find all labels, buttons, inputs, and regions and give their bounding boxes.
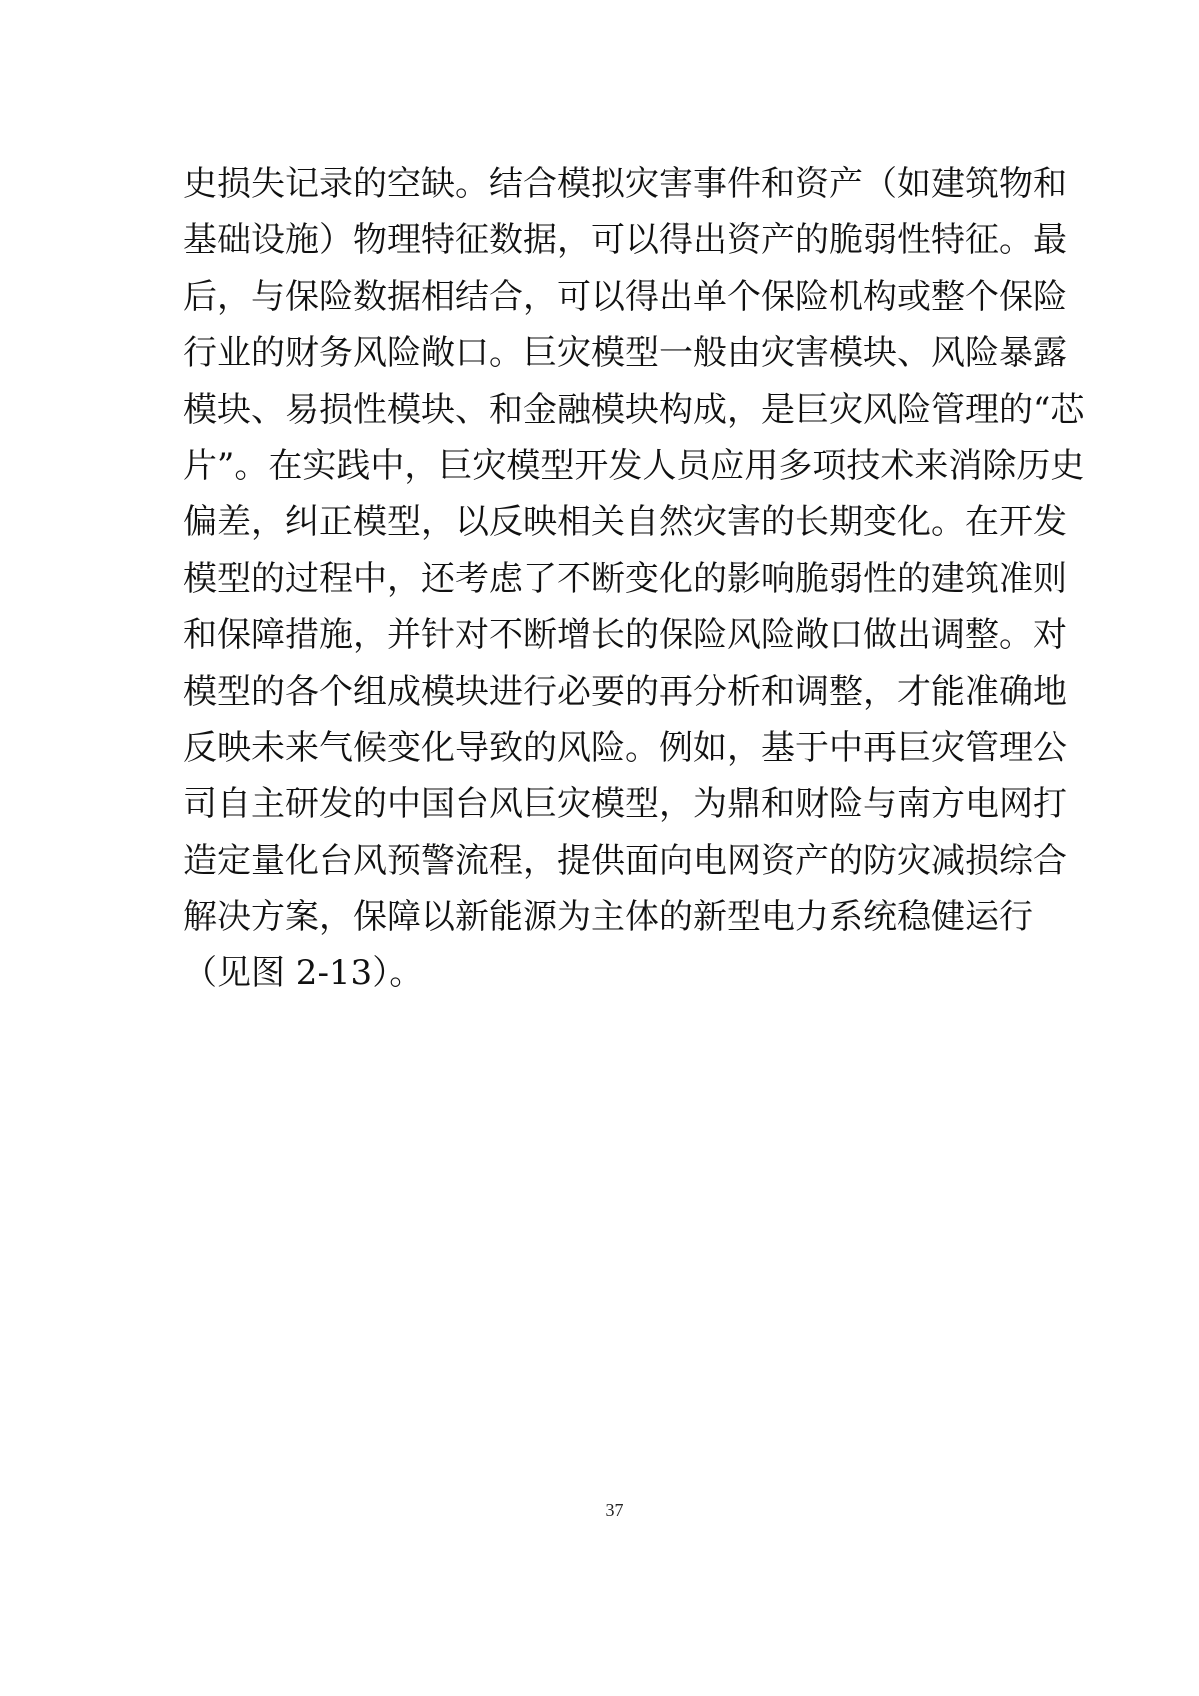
paragraph-char: 模 (591, 382, 625, 438)
paragraph-char: 应 (710, 438, 744, 494)
paragraph-char: 构 (659, 382, 693, 438)
paragraph-line: 反映未来气候变化导致的风险。例如，基于中再巨灾管理公 (183, 720, 1015, 776)
paragraph-char: 考 (455, 551, 489, 607)
paragraph-char: ， (523, 269, 557, 325)
paragraph-char: 模 (183, 382, 217, 438)
paragraph-char: 保 (659, 607, 693, 663)
paragraph-char: 然 (659, 494, 693, 550)
paragraph-char: 则 (1033, 551, 1067, 607)
paragraph-char: 易 (285, 382, 319, 438)
paragraph-char: 险 (829, 776, 863, 832)
paragraph-char: 基 (761, 720, 795, 776)
paragraph-char: 的 (761, 494, 795, 550)
paragraph-char: 灾 (693, 494, 727, 550)
paragraph-char: 来 (285, 720, 319, 776)
paragraph-char: 可 (557, 269, 591, 325)
paragraph-char: 变 (387, 720, 421, 776)
paragraph-char: 源 (523, 889, 557, 945)
paragraph-char: ， (404, 438, 438, 494)
paragraph-char: 。 (625, 720, 659, 776)
paragraph-char: 致 (489, 720, 523, 776)
paragraph-char: 为 (693, 776, 727, 832)
paragraph-char: 国 (421, 776, 455, 832)
paragraph-char: 确 (999, 664, 1033, 720)
paragraph-char: 构 (863, 269, 897, 325)
paragraph-char: 的 (999, 382, 1033, 438)
paragraph-char: 失 (251, 156, 285, 212)
paragraph-char: 得 (659, 212, 693, 268)
paragraph-char: ， (557, 212, 591, 268)
paragraph-char: 的 (625, 607, 659, 663)
paragraph-char: 暴 (999, 325, 1033, 381)
paragraph-char: 据 (523, 212, 557, 268)
paragraph-char: 险 (319, 269, 353, 325)
paragraph-char: 是 (761, 382, 795, 438)
paragraph-char: 化 (897, 494, 931, 550)
paragraph-char: 资 (795, 156, 829, 212)
paragraph-char: 来 (914, 438, 948, 494)
paragraph-char: 灾 (557, 776, 591, 832)
paragraph-char: 调 (931, 607, 965, 663)
paragraph-char: 结 (455, 269, 489, 325)
paragraph-char: 。 (234, 438, 268, 494)
paragraph-char: ） (319, 212, 353, 268)
paragraph-char: 险 (795, 269, 829, 325)
paragraph-char: 产 (761, 212, 795, 268)
paragraph-char: 中 (387, 776, 421, 832)
paragraph-char: 健 (931, 889, 965, 945)
paragraph-char: 模 (591, 776, 625, 832)
paragraph-char: 巨 (438, 438, 472, 494)
paragraph-char: 险 (897, 382, 931, 438)
paragraph-char: 如 (897, 156, 931, 212)
paragraph-char: 资 (761, 833, 795, 889)
paragraph-char: 险 (761, 607, 795, 663)
paragraph-char: 空 (387, 156, 421, 212)
paragraph-char: 保 (353, 889, 387, 945)
paragraph-char: 不 (489, 607, 523, 663)
paragraph-char: 特 (931, 212, 965, 268)
paragraph-char: 施 (285, 212, 319, 268)
paragraph-char: 做 (863, 607, 897, 663)
paragraph-char: 件 (727, 156, 761, 212)
paragraph-char: 例 (659, 720, 693, 776)
paragraph-char: 巨 (523, 325, 557, 381)
paragraph-char: 影 (727, 551, 761, 607)
paragraph-line: 史损失记录的空缺。结合模拟灾害事件和资产（如建筑物和 (183, 156, 1015, 212)
paragraph-char: 个 (319, 664, 353, 720)
paragraph-char: 相 (557, 494, 591, 550)
paragraph-char: 打 (1033, 776, 1067, 832)
paragraph-char: 流 (455, 833, 489, 889)
paragraph-char: 断 (591, 551, 625, 607)
paragraph-char: 了 (523, 551, 557, 607)
paragraph-char: 还 (421, 551, 455, 607)
paragraph-char: 灾 (897, 833, 931, 889)
paragraph-char: 与 (863, 776, 897, 832)
paragraph-char: 障 (251, 607, 285, 663)
page-number: 37 (0, 1500, 1199, 1521)
paragraph-char: 灾 (557, 325, 591, 381)
paragraph-char: 中 (829, 720, 863, 776)
paragraph-char: 历 (1016, 438, 1050, 494)
paragraph-char: 型 (625, 325, 659, 381)
paragraph-char: 性 (863, 551, 897, 607)
paragraph-char: 障 (387, 889, 421, 945)
paragraph-char: 础 (217, 212, 251, 268)
paragraph-char: 事 (693, 156, 727, 212)
paragraph-char: 析 (727, 664, 761, 720)
paragraph-char: 模 (829, 325, 863, 381)
paragraph-char: 弱 (829, 551, 863, 607)
paragraph-char: 块 (863, 325, 897, 381)
paragraph-char: 对 (1033, 607, 1067, 663)
paragraph-char: 建 (931, 156, 965, 212)
paragraph-char: 自 (625, 494, 659, 550)
body-paragraph: 史损失记录的空缺。结合模拟灾害事件和资产（如建筑物和 基础设施）物理特征数据，可… (183, 156, 1015, 1002)
paragraph-char: 人 (642, 438, 676, 494)
paragraph-char: 基 (183, 212, 217, 268)
paragraph-char: 反 (183, 720, 217, 776)
paragraph-char: 出 (693, 212, 727, 268)
paragraph-char: 气 (319, 720, 353, 776)
paragraph-char: 除 (982, 438, 1016, 494)
paragraph-char: 成 (693, 382, 727, 438)
paragraph-char: 量 (251, 833, 285, 889)
paragraph-char: 稳 (897, 889, 931, 945)
paragraph-char: 以 (591, 269, 625, 325)
paragraph-char: 的 (693, 551, 727, 607)
paragraph-char: 物 (999, 156, 1033, 212)
paragraph-char: 运 (965, 889, 999, 945)
paragraph-char: 风 (353, 325, 387, 381)
paragraph-char: 或 (897, 269, 931, 325)
paragraph-char: 物 (353, 212, 387, 268)
paragraph-char: 要 (591, 664, 625, 720)
paragraph-char: 再 (863, 720, 897, 776)
paragraph-char: 映 (217, 720, 251, 776)
paragraph-char: 虑 (489, 551, 523, 607)
paragraph-char: 可 (591, 212, 625, 268)
paragraph-char: 片 (183, 438, 217, 494)
paragraph-char: 害 (659, 156, 693, 212)
paragraph-char: 敞 (795, 607, 829, 663)
paragraph-char: 与 (251, 269, 285, 325)
paragraph-char: 发 (319, 776, 353, 832)
paragraph-char: 保 (285, 269, 319, 325)
paragraph-char: 的 (353, 156, 387, 212)
paragraph-char: 脆 (829, 212, 863, 268)
paragraph-char: 期 (829, 494, 863, 550)
paragraph-char: 一 (659, 325, 693, 381)
paragraph-char: ， (353, 607, 387, 663)
paragraph-char: 案 (285, 889, 319, 945)
paragraph-char: ” (217, 438, 234, 494)
paragraph-char: 金 (523, 382, 557, 438)
paragraph-char: 融 (557, 382, 591, 438)
paragraph-char: 面 (625, 833, 659, 889)
paragraph-char: 块 (217, 382, 251, 438)
paragraph-char: 设 (251, 212, 285, 268)
paragraph-char: 产 (829, 156, 863, 212)
paragraph-char: 台 (319, 833, 353, 889)
paragraph-char: 准 (965, 664, 999, 720)
paragraph-char: 准 (999, 551, 1033, 607)
paragraph-char: 特 (421, 212, 455, 268)
paragraph-char: 研 (285, 776, 319, 832)
paragraph-char: 害 (795, 325, 829, 381)
paragraph-line: 解决方案，保障以新能源为主体的新型电力系统稳健运行 (183, 889, 1015, 945)
paragraph-char: 合 (1033, 833, 1067, 889)
paragraph-char: 出 (897, 607, 931, 663)
paragraph-char: 的 (353, 776, 387, 832)
paragraph-char: 未 (251, 720, 285, 776)
paragraph-char: 数 (489, 212, 523, 268)
paragraph-char: 减 (931, 833, 965, 889)
paragraph-char: 向 (659, 833, 693, 889)
paragraph-char: 长 (591, 607, 625, 663)
document-page: 史损失记录的空缺。结合模拟灾害事件和资产（如建筑物和 基础设施）物理特征数据，可… (0, 0, 1199, 1696)
paragraph-char: 和 (183, 607, 217, 663)
paragraph-char: 地 (1033, 664, 1067, 720)
paragraph-char: 性 (897, 212, 931, 268)
paragraph-char: 征 (965, 212, 999, 268)
paragraph-char: 和 (1033, 156, 1067, 212)
paragraph-char: 体 (625, 889, 659, 945)
paragraph-char: 系 (829, 889, 863, 945)
paragraph-line: 后，与保险数据相结合，可以得出单个保险机构或整个保险 (183, 269, 1015, 325)
paragraph-char: 芯 (1050, 382, 1084, 438)
paragraph-char: 在 (268, 438, 302, 494)
paragraph-char: 偏 (183, 494, 217, 550)
paragraph-char: 录 (319, 156, 353, 212)
paragraph-char: 最 (1033, 212, 1067, 268)
paragraph-char: 综 (999, 833, 1033, 889)
paragraph-char: 型 (540, 438, 574, 494)
paragraph-char: 项 (812, 438, 846, 494)
paragraph-line: 司自主研发的中国台风巨灾模型，为鼎和财险与南方电网打 (183, 776, 1015, 832)
paragraph-char: 的 (251, 551, 285, 607)
paragraph-char: 模 (591, 325, 625, 381)
paragraph-char: 巨 (795, 382, 829, 438)
paragraph-char: 预 (387, 833, 421, 889)
paragraph-char: 保 (761, 269, 795, 325)
paragraph-char: 险 (591, 720, 625, 776)
paragraph-char: “ (1033, 382, 1050, 438)
paragraph-char: 提 (557, 833, 591, 889)
paragraph-char: 方 (251, 889, 285, 945)
paragraph-line: 和保障措施，并针对不断增长的保险风险敞口做出调整。对 (183, 607, 1015, 663)
paragraph-char: 响 (761, 551, 795, 607)
paragraph-char: 由 (727, 325, 761, 381)
paragraph-char: 口 (455, 325, 489, 381)
paragraph-char: 结 (489, 156, 523, 212)
paragraph-char: 害 (727, 494, 761, 550)
paragraph-char: ， (421, 494, 455, 550)
paragraph-char: 管 (931, 382, 965, 438)
paragraph-char: 以 (421, 889, 455, 945)
paragraph-char: 公 (1033, 720, 1067, 776)
paragraph-char: 建 (931, 551, 965, 607)
paragraph-char: 反 (489, 494, 523, 550)
paragraph-char: 能 (931, 664, 965, 720)
paragraph-char: 差 (217, 494, 251, 550)
paragraph-char: 数 (353, 269, 387, 325)
paragraph-char: 不 (557, 551, 591, 607)
paragraph-char: 决 (217, 889, 251, 945)
paragraph-char: （ (863, 156, 897, 212)
paragraph-char: 型 (217, 551, 251, 607)
paragraph-char: 进 (489, 664, 523, 720)
paragraph-char: 发 (1033, 494, 1067, 550)
paragraph-char: 灾 (761, 325, 795, 381)
paragraph-char: 和 (761, 776, 795, 832)
paragraph-line: 偏差，纠正模型，以反映相关自然灾害的长期变化。在开发 (183, 494, 1015, 550)
paragraph-char: 台 (455, 776, 489, 832)
paragraph-char: ， (387, 551, 421, 607)
paragraph-char: 再 (659, 664, 693, 720)
paragraph-char: ， (523, 833, 557, 889)
paragraph-char: 模 (506, 438, 540, 494)
paragraph-char: 机 (829, 269, 863, 325)
paragraph-char: 行 (523, 664, 557, 720)
paragraph-char: 险 (693, 607, 727, 663)
paragraph-char: 为 (557, 889, 591, 945)
paragraph-char: 资 (727, 212, 761, 268)
paragraph-char: 务 (319, 325, 353, 381)
paragraph-char: 。 (999, 607, 1033, 663)
paragraph-char: 行 (183, 325, 217, 381)
paragraph-char: 模 (557, 156, 591, 212)
paragraph-char: 技 (846, 438, 880, 494)
paragraph-char: 据 (387, 269, 421, 325)
paragraph-char: 和 (761, 156, 795, 212)
paragraph-char: 以 (455, 494, 489, 550)
paragraph-char: 措 (285, 607, 319, 663)
paragraph-char: 整 (965, 607, 999, 663)
paragraph-char: 产 (795, 833, 829, 889)
paragraph-char: 用 (744, 438, 778, 494)
paragraph-char: 出 (659, 269, 693, 325)
paragraph-char: 中 (353, 551, 387, 607)
paragraph-line: 行业的财务风险敞口。巨灾模型一般由灾害模块、风险暴露 (183, 325, 1015, 381)
paragraph-char: 口 (829, 607, 863, 663)
paragraph-char: 主 (251, 776, 285, 832)
paragraph-char: ， (727, 720, 761, 776)
paragraph-char: 正 (319, 494, 353, 550)
paragraph-char: 般 (693, 325, 727, 381)
paragraph-char: 模 (183, 664, 217, 720)
paragraph-char: 实 (302, 438, 336, 494)
paragraph-char: 巨 (897, 720, 931, 776)
paragraph-char: 方 (931, 776, 965, 832)
paragraph-char: 单 (693, 269, 727, 325)
paragraph-char: 纠 (285, 494, 319, 550)
paragraph-char: 映 (523, 494, 557, 550)
paragraph-char: 施 (319, 607, 353, 663)
paragraph-char: 导 (455, 720, 489, 776)
paragraph-char: 断 (523, 607, 557, 663)
paragraph-char: 弱 (863, 212, 897, 268)
paragraph-char: 如 (693, 720, 727, 776)
paragraph-char: 灾 (931, 720, 965, 776)
paragraph-char: 风 (931, 325, 965, 381)
paragraph-char: 风 (489, 776, 523, 832)
paragraph-char: ， (863, 664, 897, 720)
paragraph-char: 变 (625, 551, 659, 607)
paragraph-char: 消 (948, 438, 982, 494)
paragraph-char: 警 (421, 833, 455, 889)
paragraph-char: 定 (217, 833, 251, 889)
paragraph-char: 灾 (472, 438, 506, 494)
paragraph-char: 电 (761, 889, 795, 945)
paragraph-char: 化 (421, 720, 455, 776)
paragraph-char: 的 (251, 664, 285, 720)
paragraph-char: 的 (659, 889, 693, 945)
paragraph-char: 筑 (965, 156, 999, 212)
paragraph-char: 新 (693, 889, 727, 945)
paragraph-char: 险 (1033, 269, 1067, 325)
paragraph-char: 多 (778, 438, 812, 494)
paragraph-char: 险 (387, 325, 421, 381)
paragraph-char: 个 (965, 269, 999, 325)
paragraph-char: 候 (353, 720, 387, 776)
paragraph-char: 整 (829, 664, 863, 720)
paragraph-char: 巨 (523, 776, 557, 832)
paragraph-char: 造 (183, 833, 217, 889)
paragraph-char: 缺 (421, 156, 455, 212)
paragraph-char: 、 (897, 325, 931, 381)
paragraph-char: 电 (693, 833, 727, 889)
paragraph-char: ， (727, 382, 761, 438)
paragraph-char: 整 (931, 269, 965, 325)
paragraph-char: 。 (999, 212, 1033, 268)
paragraph-char: 变 (863, 494, 897, 550)
paragraph-char: 理 (965, 382, 999, 438)
paragraph-char: 于 (795, 720, 829, 776)
paragraph-line: （见图 2-13）。 (183, 945, 1015, 1001)
paragraph-char: 记 (285, 156, 319, 212)
paragraph-line: 基础设施）物理特征数据，可以得出资产的脆弱性特征。最 (183, 212, 1015, 268)
paragraph-char: 必 (557, 664, 591, 720)
paragraph-char: 理 (387, 212, 421, 268)
paragraph-char: 个 (727, 269, 761, 325)
paragraph-char: 合 (523, 156, 557, 212)
paragraph-char: 针 (421, 607, 455, 663)
paragraph-char: 块 (421, 382, 455, 438)
paragraph-char: 。 (931, 494, 965, 550)
paragraph-char: 相 (421, 269, 455, 325)
paragraph-char: 灾 (625, 156, 659, 212)
paragraph-char: 业 (217, 325, 251, 381)
paragraph-char: 成 (387, 664, 421, 720)
paragraph-char: 的 (523, 720, 557, 776)
paragraph-char: 风 (863, 382, 897, 438)
paragraph-char: 模 (387, 382, 421, 438)
paragraph-line: 片”。在实践中，巨灾模型开发人员应用多项技术来消除历史 (183, 438, 1015, 494)
paragraph-char: 和 (489, 382, 523, 438)
paragraph-char: 型 (625, 776, 659, 832)
paragraph-char: 开 (999, 494, 1033, 550)
paragraph-char: 的 (795, 212, 829, 268)
paragraph-char: 保 (217, 607, 251, 663)
paragraph-char: 征 (455, 212, 489, 268)
paragraph-char: 组 (353, 664, 387, 720)
paragraph-char: ， (217, 269, 251, 325)
paragraph-char: 模 (353, 494, 387, 550)
paragraph-line: 模型的各个组成模块进行必要的再分析和调整，才能准确地 (183, 664, 1015, 720)
paragraph-char: 露 (1033, 325, 1067, 381)
